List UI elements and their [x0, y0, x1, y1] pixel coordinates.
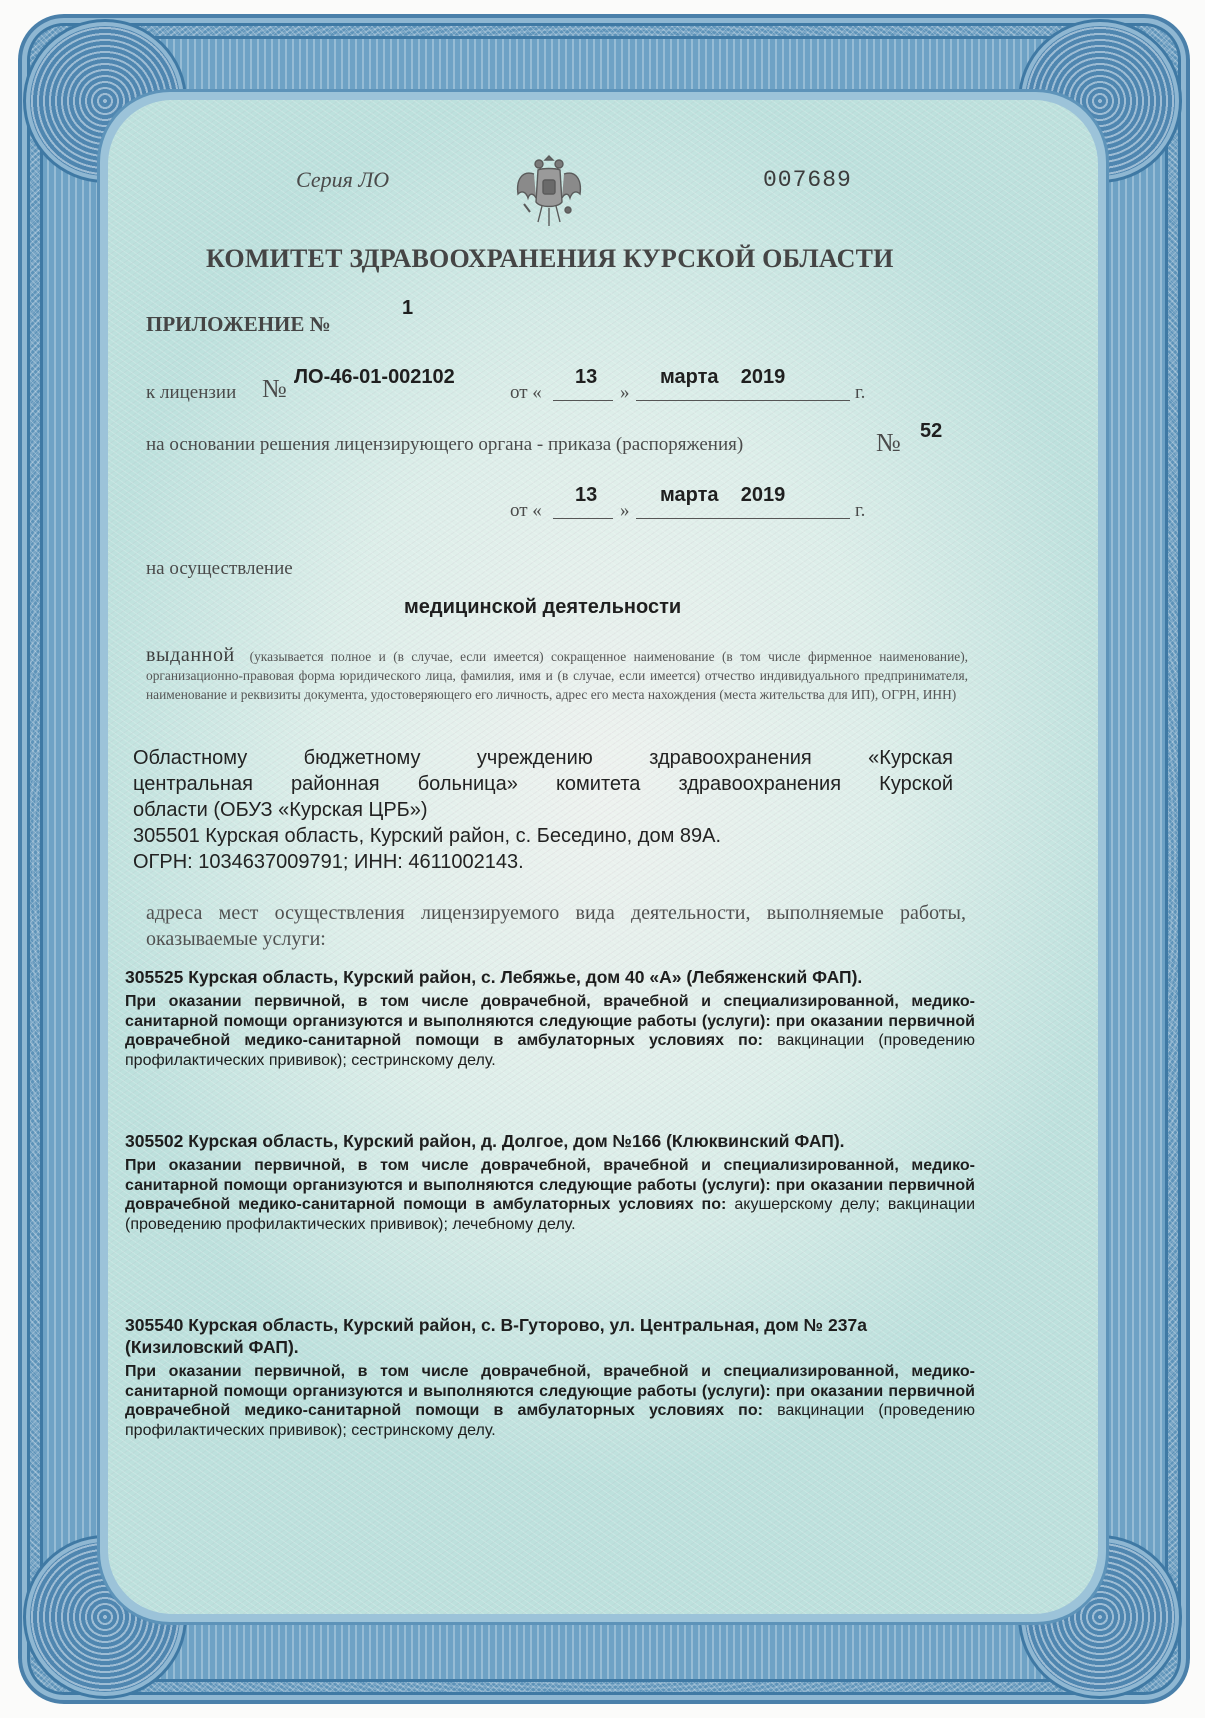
- site-services: При оказании первичной, в том числе довр…: [125, 992, 975, 1070]
- series-number: 007689: [763, 167, 852, 193]
- organization-address: 305501 Курская область, Курский район, с…: [133, 823, 953, 849]
- organization-block: Областному бюджетному учреждению здравоо…: [133, 745, 953, 875]
- license-month-year: марта 2019: [660, 366, 785, 389]
- license-number-sign: №: [262, 374, 287, 404]
- organization-name-line-1: Областному бюджетному учреждению здравоо…: [133, 745, 953, 771]
- activity-label: на осуществление: [146, 558, 293, 580]
- basis-date-from: от «: [510, 500, 542, 522]
- basis-day: 13: [575, 484, 597, 507]
- site-address: 305540 Курская область, Курский район, с…: [125, 1314, 975, 1358]
- appendix-label: ПРИЛОЖЕНИЕ №: [146, 312, 331, 337]
- appendix-number: 1: [402, 297, 413, 320]
- basis-year-suffix: г.: [855, 500, 865, 522]
- license-number: ЛО-46-01-002102: [294, 366, 455, 389]
- site-item: 305502 Курская область, Курский район, д…: [125, 1130, 975, 1234]
- license-date-close: »: [620, 382, 630, 404]
- basis-number-sign: №: [876, 428, 901, 458]
- issued-to-hint: выданной (указывается полное и (в случае…: [146, 646, 968, 704]
- basis-number: 52: [920, 420, 942, 443]
- organization-ids: ОГРН: 1034637009791; ИНН: 4611002143.: [133, 849, 953, 875]
- license-label: к лицензии: [146, 382, 236, 404]
- organization-name-line-3: области (ОБУЗ «Курская ЦРБ»): [133, 797, 953, 823]
- basis-day-underline: [553, 518, 613, 519]
- basis-month-underline: [636, 518, 850, 519]
- issued-to-lead: выданной: [146, 644, 235, 666]
- series-label: Серия ЛО: [296, 167, 389, 193]
- basis-month-year: марта 2019: [660, 484, 785, 507]
- license-month-underline: [636, 400, 850, 401]
- basis-date-close: »: [620, 500, 630, 522]
- license-year-suffix: г.: [855, 382, 865, 404]
- russian-coat-of-arms-icon: [512, 150, 586, 232]
- addresses-intro: адреса мест осуществления лицензируемого…: [146, 900, 966, 952]
- license-day: 13: [575, 366, 597, 389]
- site-services: При оказании первичной, в том числе довр…: [125, 1362, 975, 1440]
- site-item: 305525 Курская область, Курский район, с…: [125, 966, 975, 1070]
- issuing-authority-title: КОМИТЕТ ЗДРАВООХРАНЕНИЯ КУРСКОЙ ОБЛАСТИ: [206, 244, 894, 274]
- organization-name-line-2: центральная районная больница» комитета …: [133, 771, 953, 797]
- activity-value: медицинской деятельности: [404, 596, 681, 619]
- license-day-underline: [553, 400, 613, 401]
- site-item: 305540 Курская область, Курский район, с…: [125, 1314, 975, 1440]
- site-services: При оказании первичной, в том числе довр…: [125, 1156, 975, 1234]
- site-address: 305525 Курская область, Курский район, с…: [125, 966, 975, 988]
- license-appendix: Серия ЛО 007689 КОМИТЕТ ЗДРАВООХРАНЕНИЯ …: [0, 0, 1205, 1718]
- issued-to-hint-text: (указывается полное и (в случае, если им…: [146, 649, 968, 702]
- license-date-from: от «: [510, 382, 542, 404]
- site-address: 305502 Курская область, Курский район, д…: [125, 1130, 975, 1152]
- basis-label: на основании решения лицензирующего орга…: [146, 434, 743, 456]
